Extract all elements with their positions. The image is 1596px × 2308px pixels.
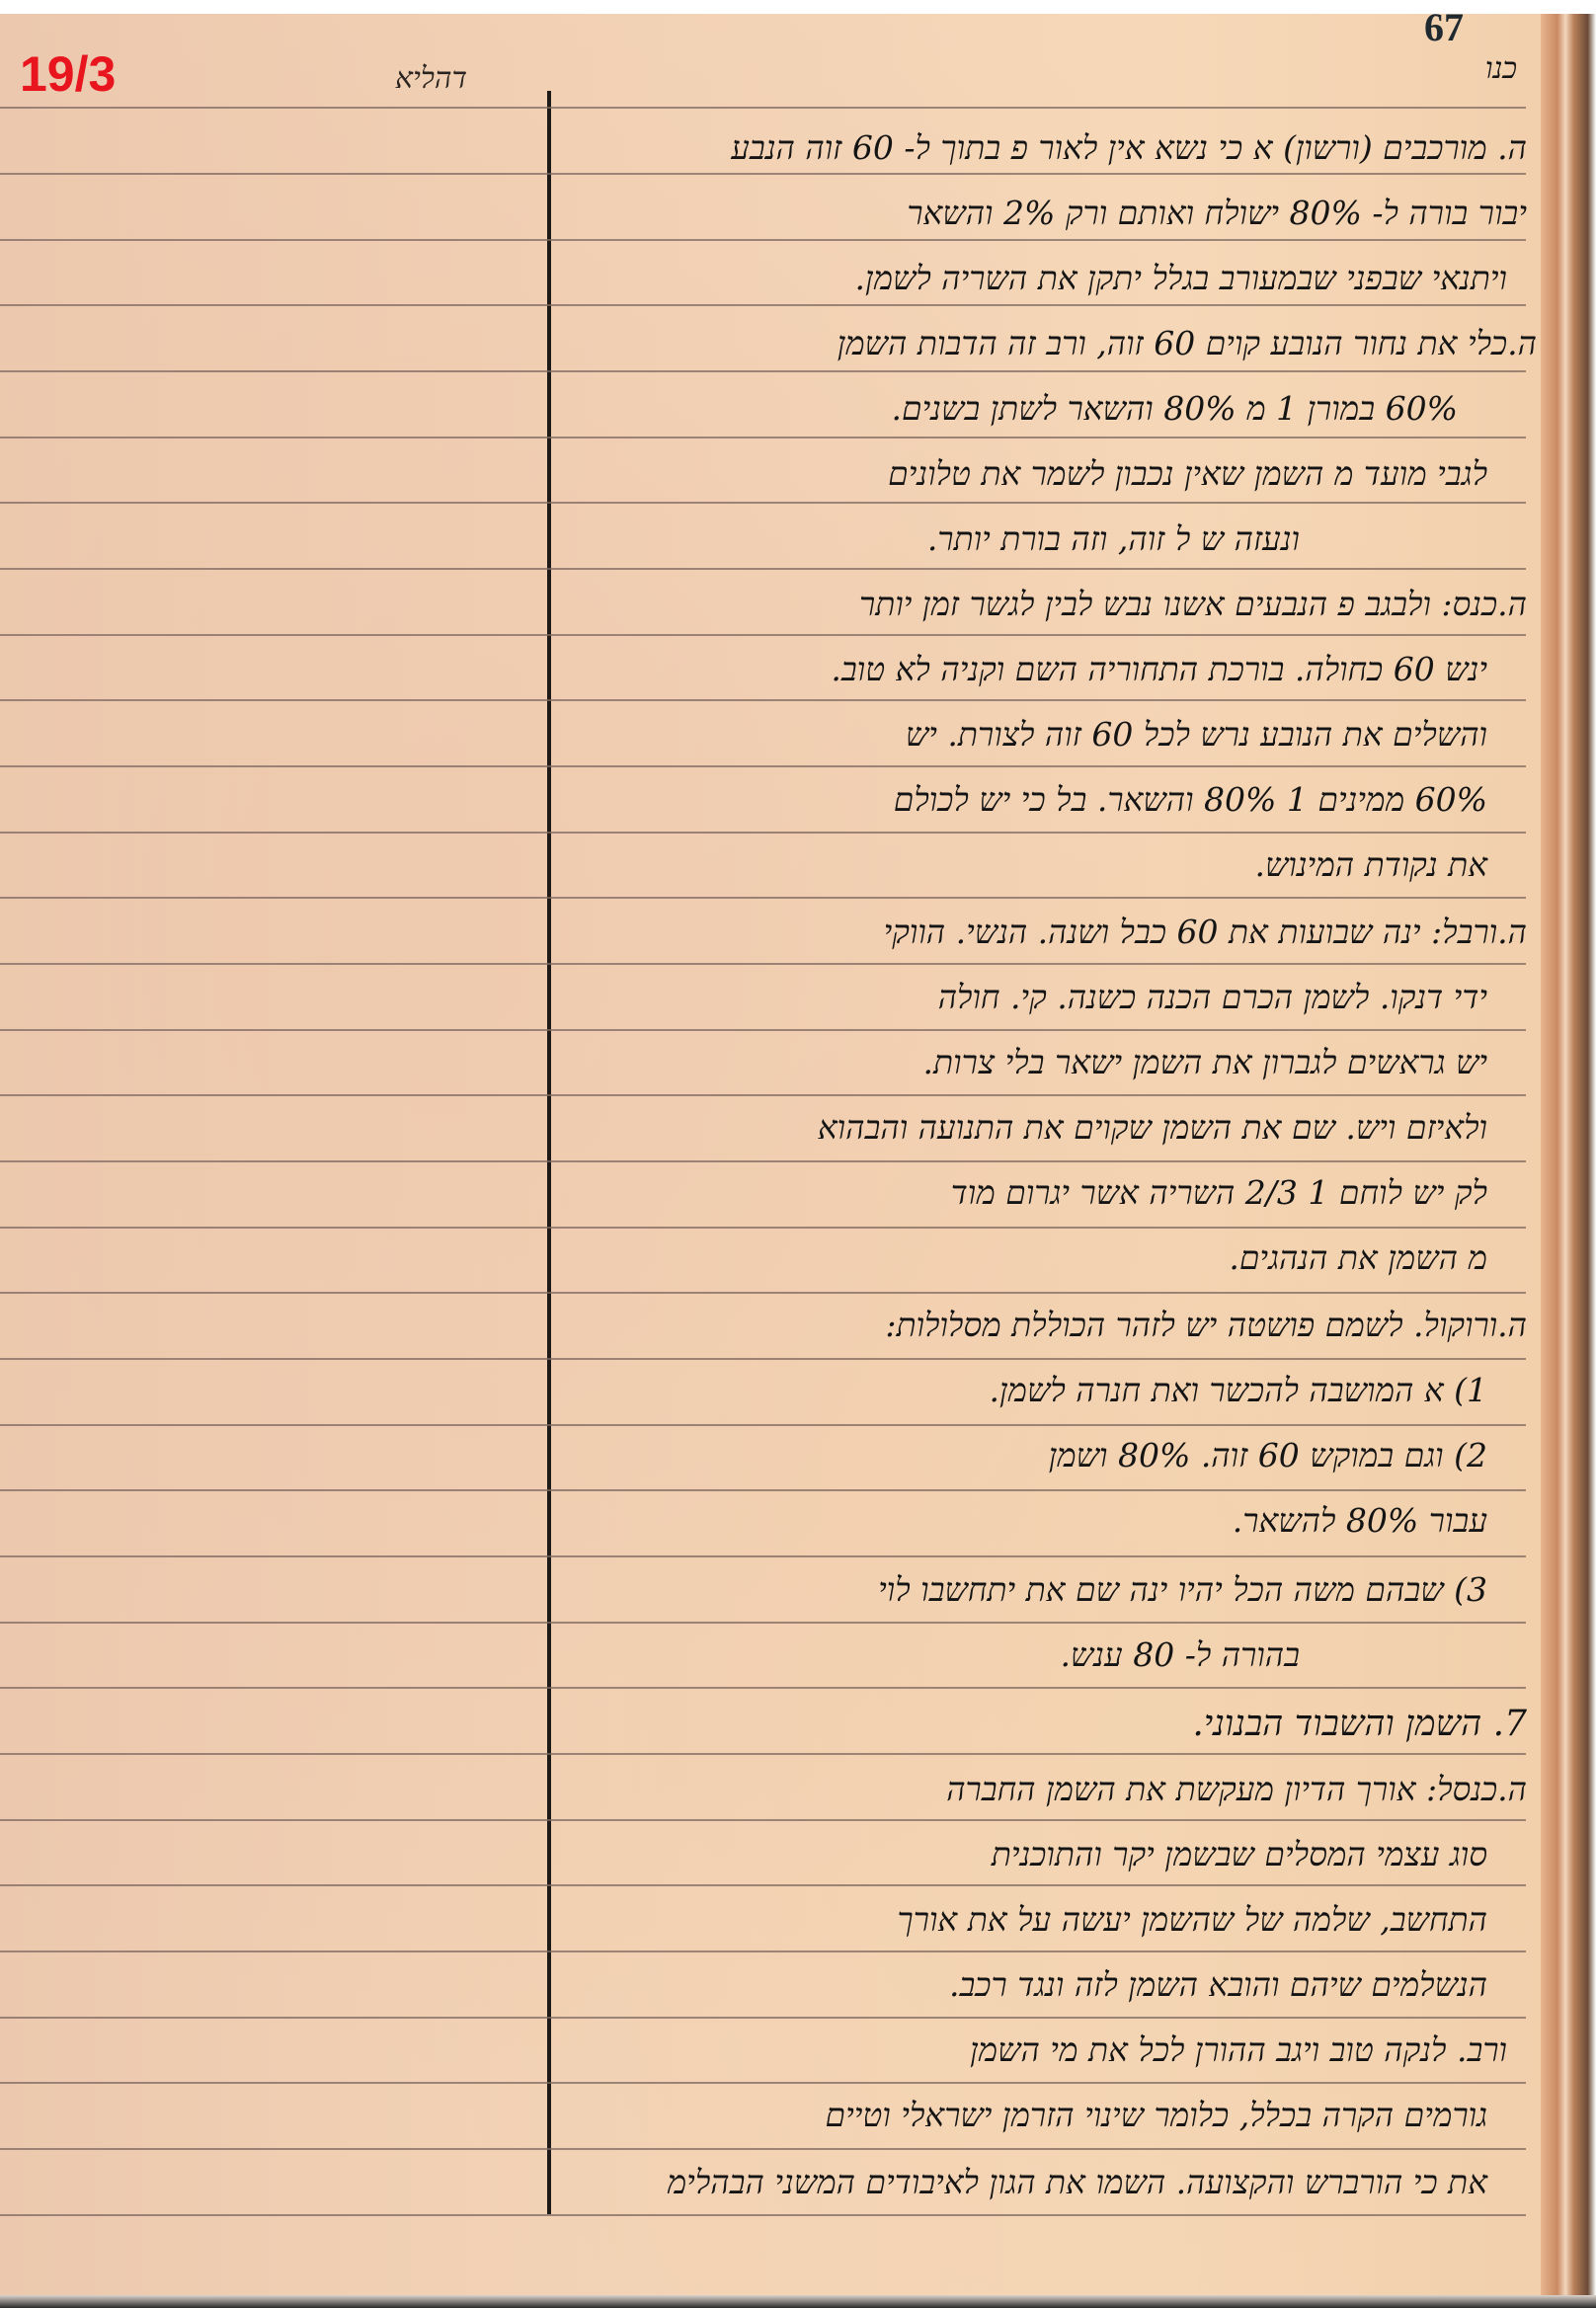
text-line: ידי דנקו. לשמן הכרם הכנה כשנה. קי. חולה (938, 978, 1487, 1017)
text-line: עבור 80% להשאר. (1233, 1501, 1487, 1541)
rule-line (0, 304, 1526, 306)
text-line: את נקודת המינוש. (1255, 845, 1487, 885)
page-edge (1541, 14, 1596, 2295)
corner-note: כנו (1485, 51, 1517, 86)
rule-line (0, 239, 1526, 241)
rule-line (0, 963, 1526, 965)
text-line: בהורה ל- 80 ענש. (1060, 1635, 1300, 1675)
text-line: ה.כנס: ולבגב פ הנבעים אשנו נבש לבין לגשר… (859, 585, 1527, 624)
text-line: התחשב, שלמה של שהשמן יעשה על את אורך (898, 1900, 1487, 1940)
text-line: ונעזה ש ל זוה, וזה בורת יותר. (927, 519, 1300, 559)
rule-line (0, 2214, 1526, 2216)
text-line: סוג עצמי המסלים שבשמן יקר והתוכנית (992, 1835, 1487, 1874)
rule-line (0, 1358, 1526, 1360)
text-line: 3) שבהם משה הכל יהיו ינה שם את יתחשבו לו… (878, 1570, 1487, 1610)
text-line: ולאיזם ויש. שם את השמן שקוים את התנועה ו… (818, 1108, 1487, 1148)
rule-line (0, 765, 1526, 767)
rule-line (0, 1029, 1526, 1031)
rule-line (0, 2082, 1526, 2084)
rule-line (0, 568, 1526, 570)
text-line: 1) א המושבה להכשר ואת חנרה לשמן. (990, 1371, 1487, 1410)
rule-line (0, 1094, 1526, 1096)
rule-line (0, 1622, 1526, 1624)
text-line: והשלים את הנובע נרש לכל 60 זוה לצורת. יש (906, 715, 1487, 755)
rule-line (0, 1555, 1526, 1557)
rule-line (0, 1819, 1526, 1821)
scan-border-bottom (0, 2295, 1596, 2308)
text-line: ויתנאי שבפני שבמעורב בגלל יתקן את השריה … (855, 259, 1507, 298)
rule-line (0, 1489, 1526, 1491)
rule-line (0, 1687, 1526, 1689)
date-label: 19/3 (20, 45, 116, 103)
text-line: ה.ורבל: ינה שבועות את 60 כבל ושנה. הנשי.… (884, 913, 1527, 952)
text-line: 60% ממינים 1 80% והשאר. בל כי יש לכולם (894, 780, 1487, 820)
rule-line (0, 1753, 1526, 1755)
margin-line (547, 91, 551, 2214)
text-line: יש גראשים לגברון את השמן ישאר בלי צרות. (923, 1043, 1487, 1082)
rule-line (0, 370, 1526, 372)
text-line: 2) וגם במוקש 60 זוה. 80% ושמן (1049, 1436, 1487, 1475)
rule-line (0, 107, 1526, 109)
rule-line (0, 1950, 1526, 1952)
rule-line (0, 502, 1526, 504)
rule-line (0, 1292, 1526, 1294)
text-line: ה.ורוקול. לשמם פושטה יש לזהר הכוללת מסלו… (885, 1306, 1527, 1345)
rule-line (0, 897, 1526, 899)
rule-line (0, 832, 1526, 834)
rule-line (0, 1424, 1526, 1426)
page-number: 67 (1424, 4, 1464, 50)
text-line: הנשלמים שיהם והובא השמן לזה ונגד רכב. (949, 1965, 1487, 2005)
text-line: את כי הורברש והקצועה. השמו את הגון לאיבו… (668, 2163, 1487, 2202)
text-line: לגבי מועד מ השמן שאין נכבון לשמר את טלונ… (888, 454, 1487, 494)
text-line: ורב. לנקה טוב ויגב ההורן לכל את מי השמן (970, 2030, 1507, 2070)
text-line: ה. מורכבים (ורשון) א כי נשא אין לאור פ ב… (731, 128, 1527, 168)
rule-line (0, 1160, 1526, 1162)
rule-line (0, 2148, 1526, 2150)
text-line: ה.כנסל: אורך הדיון מעקשת את השמן החברה (946, 1770, 1527, 1809)
rule-line (0, 1884, 1526, 1886)
text-line: גורמים הקרה בכלל, כלומר שינוי הזרמן ישרא… (826, 2096, 1487, 2135)
text-line: 60% במורן 1 מ 80% והשאר לשתן בשנים. (892, 389, 1458, 429)
rule-line (0, 634, 1526, 636)
scan-border-top (0, 0, 1596, 14)
section-heading: 7. השמן והשבוד הבנוני. (1192, 1703, 1527, 1744)
rule-line (0, 173, 1526, 175)
text-line: מ השמן את הנהגים. (1229, 1238, 1487, 1278)
rule-line (0, 1227, 1526, 1229)
rule-line (0, 437, 1526, 438)
text-line: יבור בורה ל- 80% ישולח ואותם ורק 2% והשא… (907, 194, 1527, 233)
rule-line (0, 699, 1526, 701)
rule-line (0, 2017, 1526, 2019)
text-line: לק יש לוחם 1 2/3 השריה אשר יגרום מוד (951, 1173, 1487, 1213)
text-line: ינש 60 כחולה. בורכת התחוריה השם וקניה לא… (831, 650, 1487, 689)
text-line: ה.כלי את נחור הנובע קוים 60 זוה, ורב זה … (838, 324, 1537, 363)
margin-note: דהליא (395, 61, 467, 96)
